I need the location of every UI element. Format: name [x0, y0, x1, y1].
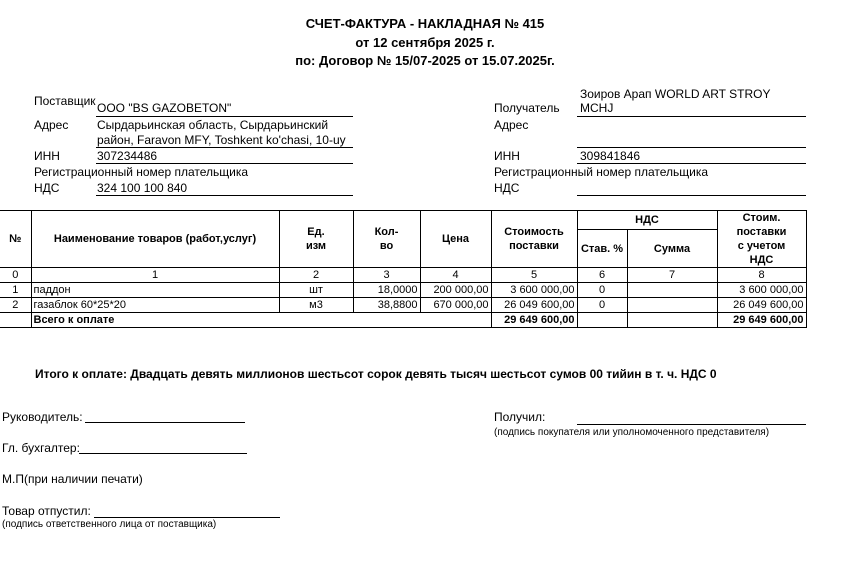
- row-name: газаблок 60*25*20: [31, 298, 279, 313]
- colnum-4: 4: [420, 268, 491, 283]
- colnum-3: 3: [353, 268, 420, 283]
- invoice-table: № Наименование товаров (работ,услуг) Ед.…: [0, 210, 807, 328]
- footer-empty: [0, 313, 31, 328]
- row-nds-sum: [627, 283, 717, 298]
- table-footer-row: Всего к оплате 29 649 600,00 29 649 600,…: [0, 313, 806, 328]
- supplier-label: Поставщик: [34, 94, 96, 108]
- header-nds-sum: Сумма: [627, 230, 717, 268]
- row-cost: 26 049 600,00: [491, 298, 577, 313]
- row-total: 3 600 000,00: [717, 283, 806, 298]
- recipient-label: Получатель: [494, 101, 560, 115]
- row-cost: 3 600 000,00: [491, 283, 577, 298]
- header-unit: Ед.изм: [279, 211, 353, 268]
- row-qty: 18,0000: [353, 283, 420, 298]
- row-total: 26 049 600,00: [717, 298, 806, 313]
- recipient-inn: 309841846: [580, 149, 640, 163]
- recipient-inn-underline: [577, 163, 806, 164]
- header-name: Наименование товаров (работ,услуг): [31, 211, 279, 268]
- header-total-line1: Стоим.: [743, 212, 781, 224]
- row-nds-rate: 0: [577, 283, 627, 298]
- footer-nds-rate: [577, 313, 627, 328]
- row-nds-sum: [627, 298, 717, 313]
- column-number-row: 0 1 2 3 4 5 6 7 8: [0, 268, 806, 283]
- header-price: Цена: [420, 211, 491, 268]
- colnum-5: 5: [491, 268, 577, 283]
- released-signature-line: [94, 517, 280, 518]
- recipient-inn-label: ИНН: [494, 149, 520, 163]
- row-no: 2: [0, 298, 31, 313]
- colnum-7: 7: [627, 268, 717, 283]
- supplier-reg-label: Регистрационный номер плательщика: [34, 165, 248, 179]
- accountant-signature-line: [79, 453, 247, 454]
- supplier-inn-label: ИНН: [34, 149, 60, 163]
- table-row: 2 газаблок 60*25*20 м3 38,8800 670 000,0…: [0, 298, 806, 313]
- supplier-inn: 307234486: [97, 149, 157, 163]
- received-note: (подпись покупателя или уполномоченного …: [494, 427, 769, 438]
- footer-label: Всего к оплате: [31, 313, 491, 328]
- director-signature-line: [85, 422, 245, 423]
- supplier-nds: 324 100 100 840: [97, 181, 187, 195]
- row-qty: 38,8800: [353, 298, 420, 313]
- recipient-address-label: Адрес: [494, 118, 528, 132]
- supplier-inn-underline: [96, 163, 353, 164]
- recipient-nds-underline: [577, 195, 806, 196]
- header-qty-line1: Кол-: [375, 226, 399, 238]
- header-total: Стоим.поставкис учетомНДС: [717, 211, 806, 268]
- supplier-name: ООО "BS GAZOBETON": [97, 101, 231, 115]
- row-name: паддон: [31, 283, 279, 298]
- recipient-address-underline: [577, 147, 806, 148]
- row-no: 1: [0, 283, 31, 298]
- table-row: 1 паддон шт 18,0000 200 000,00 3 600 000…: [0, 283, 806, 298]
- supplier-nds-underline: [96, 195, 353, 196]
- footer-cost: 29 649 600,00: [491, 313, 577, 328]
- row-price: 670 000,00: [420, 298, 491, 313]
- header-qty-line2: во: [380, 240, 393, 252]
- footer-nds-sum: [627, 313, 717, 328]
- colnum-1: 1: [31, 268, 279, 283]
- header-qty: Кол-во: [353, 211, 420, 268]
- colnum-8: 8: [717, 268, 806, 283]
- invoice-date: от 12 сентября 2025 г.: [0, 35, 850, 50]
- released-label: Товар отпустил:: [2, 504, 91, 518]
- director-label: Руководитель:: [2, 410, 83, 424]
- header-total-line4: НДС: [750, 254, 774, 266]
- supplier-name-underline: [96, 116, 353, 117]
- header-unit-line2: изм: [306, 240, 326, 252]
- colnum-6: 6: [577, 268, 627, 283]
- row-price: 200 000,00: [420, 283, 491, 298]
- released-note: (подпись ответственного лица от поставщи…: [2, 519, 216, 530]
- stamp-label: М.П(при наличии печати): [2, 472, 143, 486]
- header-unit-line1: Ед.: [307, 226, 324, 238]
- header-cost-line2: поставки: [509, 240, 559, 252]
- header-nds: НДС: [577, 211, 717, 230]
- supplier-address-label: Адрес: [34, 118, 68, 132]
- recipient-nds-label: НДС: [494, 181, 519, 195]
- colnum-0: 0: [0, 268, 31, 283]
- header-total-line2: поставки: [737, 226, 787, 238]
- invoice-title: СЧЕТ-ФАКТУРА - НАКЛАДНАЯ № 415: [0, 16, 850, 31]
- header-cost: Стоимостьпоставки: [491, 211, 577, 268]
- header-nds-rate: Став. %: [577, 230, 627, 268]
- row-nds-rate: 0: [577, 298, 627, 313]
- supplier-address-line1: Сырдарьинская область, Сырдарьинский: [97, 118, 328, 132]
- accountant-label: Гл. бухгалтер:: [2, 441, 80, 455]
- recipient-reg-label: Регистрационный номер плательщика: [494, 165, 708, 179]
- header-cost-line1: Стоимость: [504, 226, 564, 238]
- row-unit: шт: [279, 283, 353, 298]
- supplier-nds-label: НДС: [34, 181, 59, 195]
- received-label: Получил:: [494, 410, 545, 424]
- received-signature-line: [577, 424, 806, 425]
- recipient-name-underline: [577, 116, 806, 117]
- supplier-address-line2: район, Faravon MFY, Toshkent ko'chasi, 1…: [97, 133, 346, 147]
- supplier-address-underline: [96, 147, 353, 148]
- total-in-words: Итого к оплате: Двадцать девять миллионо…: [35, 367, 717, 381]
- recipient-name-line1: Зоиров Арап WORLD ART STROY: [580, 87, 770, 101]
- footer-total: 29 649 600,00: [717, 313, 806, 328]
- invoice-contract: по: Договор № 15/07-2025 от 15.07.2025г.: [0, 53, 850, 68]
- recipient-name-line2: MCHJ: [580, 101, 613, 115]
- table-header-row: № Наименование товаров (работ,услуг) Ед.…: [0, 211, 806, 230]
- header-total-line3: с учетом: [738, 240, 786, 252]
- header-no: №: [0, 211, 31, 268]
- colnum-2: 2: [279, 268, 353, 283]
- row-unit: м3: [279, 298, 353, 313]
